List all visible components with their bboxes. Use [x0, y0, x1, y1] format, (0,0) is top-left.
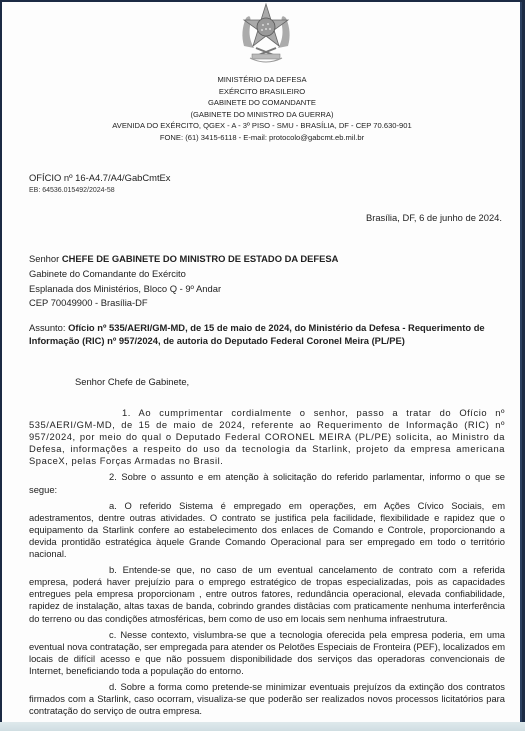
document-page: MINISTÉRIO DA DEFESA EXÉRCITO BRASILEIRO… — [2, 2, 522, 724]
paragraph-2c: c. Nesse contexto, vislumbra-se que a te… — [29, 629, 505, 677]
letterhead: MINISTÉRIO DA DEFESA EXÉRCITO BRASILEIRO… — [2, 74, 522, 144]
document-frame: MINISTÉRIO DA DEFESA EXÉRCITO BRASILEIRO… — [2, 2, 522, 728]
paragraph-2d: d. Sobre a forma como pretende-se minimi… — [29, 681, 505, 717]
date-line: Brasília, DF, 6 de junho de 2024. — [366, 212, 502, 223]
addressee-title: Senhor CHEFE DE GABINETE DO MINISTRO DE … — [29, 252, 338, 267]
letterhead-line: EXÉRCITO BRASILEIRO — [2, 86, 522, 98]
salutation: Senhor Chefe de Gabinete, — [75, 376, 189, 387]
letterhead-line: (GABINETE DO MINISTRO DA GUERRA) — [2, 109, 522, 121]
paragraph-1: 1. Ao cumprimentar cordialmente o senhor… — [29, 407, 505, 467]
subject-label: Assunto: — [29, 322, 68, 333]
paragraph-2b: b. Entende-se que, no caso de um eventua… — [29, 564, 505, 624]
eb-number: EB: 64536.015492/2024-58 — [29, 187, 115, 194]
addressee-line: Esplanada dos Ministérios, Bloco Q - 9º … — [29, 282, 338, 297]
paragraph-2a: a. O referido Sistema é empregado em ope… — [29, 500, 505, 560]
oficio-number: OFÍCIO nº 16-A4.7/A4/GabCmtEx — [29, 172, 171, 183]
addressee-line: CEP 70049900 - Brasília-DF — [29, 296, 338, 311]
addressee-prefix: Senhor — [29, 253, 62, 264]
letterhead-line: GABINETE DO COMANDANTE — [2, 97, 522, 109]
letterhead-contact: FONE: (61) 3415-6118 - E-mail: protocolo… — [2, 132, 522, 144]
letter-body: 1. Ao cumprimentar cordialmente o senhor… — [29, 407, 505, 721]
letterhead-address: AVENIDA DO EXÉRCITO, QGEX - A - 3º PISO … — [2, 120, 522, 132]
addressee-line: Gabinete do Comandante do Exército — [29, 267, 338, 282]
brazil-coat-of-arms-icon — [238, 2, 294, 68]
bottom-edge — [0, 722, 525, 731]
letterhead-line: MINISTÉRIO DA DEFESA — [2, 74, 522, 86]
subject-text: Ofício nº 535/AERI/GM-MD, de 15 de maio … — [29, 322, 485, 346]
addressee-block: Senhor CHEFE DE GABINETE DO MINISTRO DE … — [29, 252, 338, 311]
subject-line: Assunto: Ofício nº 535/AERI/GM-MD, de 15… — [29, 322, 505, 347]
addressee-role: CHEFE DE GABINETE DO MINISTRO DE ESTADO … — [62, 253, 339, 264]
paragraph-2: 2. Sobre o assunto e em atenção à solici… — [29, 471, 505, 495]
